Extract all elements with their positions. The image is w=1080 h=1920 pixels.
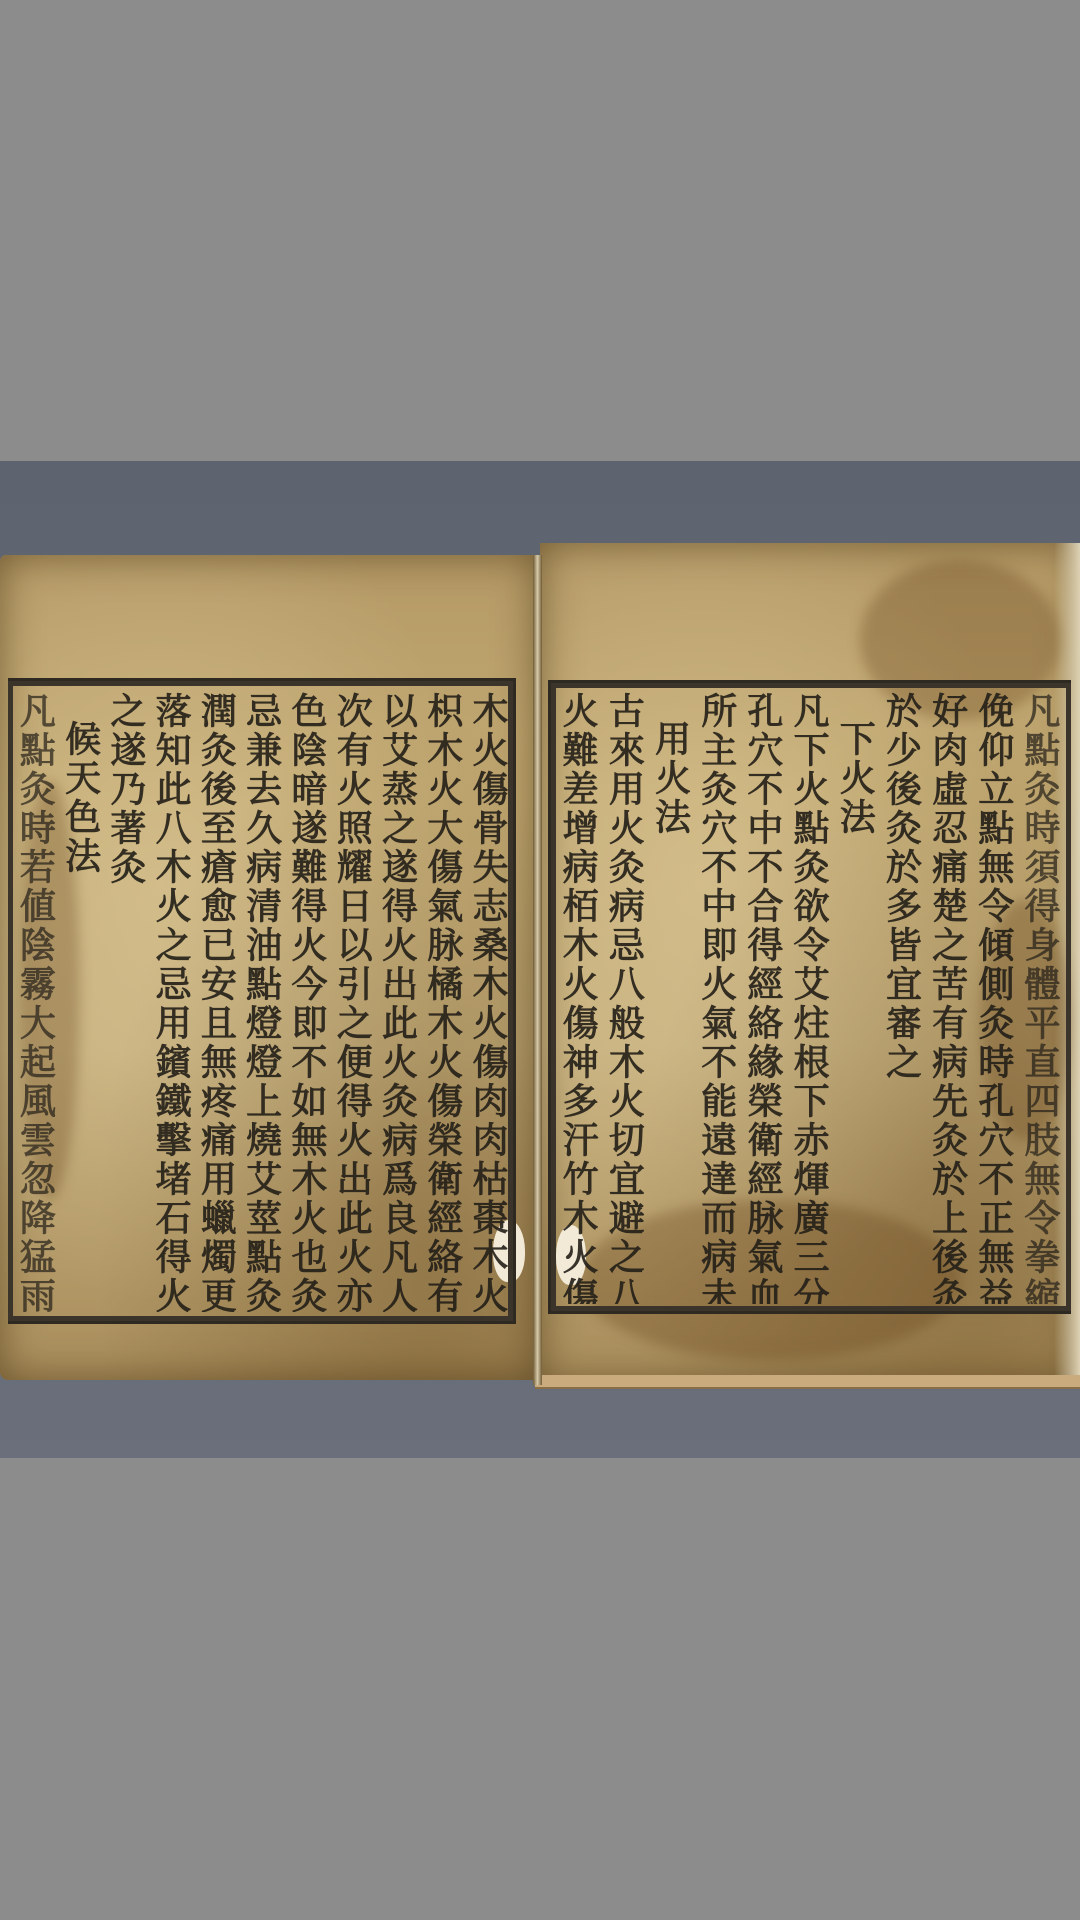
text-column: 於少後灸於多皆宜審之 (879, 692, 925, 1304)
section-heading: 用火法 (648, 692, 694, 1304)
underlying-leaf-edge (535, 1375, 1080, 1389)
text-column: 色陰暗遂難得火今即不如無木火也灸人不犯諸 (286, 692, 331, 1312)
text-column: 次有火照耀日以引之便得火出此火亦佳若遇天 (331, 692, 376, 1312)
book-gutter (533, 555, 542, 1385)
text-column: 所主灸穴不中即火氣不能遠達而病未能愈矣 (695, 692, 741, 1304)
text-column: 之遂乃著灸 (105, 692, 150, 1312)
text-column: 凡點灸時須得身體平直四肢無令拳縮坐無令 (1018, 692, 1064, 1304)
section-heading: 候天色法 (59, 692, 104, 1312)
text-column: 潤灸後至瘡愈已安且無疼痛用蠟燭更佳諸蕃部 (195, 692, 240, 1312)
text-column: 木火傷骨失志桑木火傷肉肉枯棗木火内傷吐血 (467, 692, 512, 1312)
text-column: 好肉虛忍痛楚之苦有病先灸於上後灸於下先灸 (925, 692, 971, 1304)
text-column: 以艾蒸之遂得火出此火灸病爲良凡人卒難備灸 (376, 692, 421, 1312)
left-page-text: 木火傷骨失志桑木火傷肉肉枯棗木火内傷吐血 枳木火大傷氣脉橘木火傷榮衛經絡有火珠耀… (14, 692, 512, 1312)
text-column: 落知此八木火之忌用鑌鐵擊堵石得火出以艾引 (150, 692, 195, 1312)
text-column: 俛仰立點無令傾側灸時孔穴不正無益於事徒燒 (972, 692, 1018, 1304)
right-page-text: 凡點灸時須得身體平直四肢無令拳縮坐無令 俛仰立點無令傾側灸時孔穴不正無益於事徒燒… (556, 692, 1064, 1304)
section-heading: 下火法 (833, 692, 879, 1304)
text-column: 凡點灸時若値陰霧大起風雲忽降猛雨炎暑雷電 (14, 692, 59, 1312)
text-column: 火難差增病栢木火傷神多汗竹木火傷筋目暗楡 (556, 692, 602, 1304)
text-column: 古來用火灸病忌八般木火切宜避之八木者松木 (602, 692, 648, 1304)
text-column: 凡下火點灸欲令艾炷根下赤煇廣三分若不三分 (787, 692, 833, 1304)
text-column: 孔穴不中不合得經絡緣榮衛經脉氣血通流各有 (741, 692, 787, 1304)
text-column: 忌兼去久病清油點燈燈上燒艾莖點灸是也兼滋 (240, 692, 285, 1312)
text-column: 枳木火大傷氣脉橘木火傷榮衛經絡有火珠耀日 (421, 692, 466, 1312)
